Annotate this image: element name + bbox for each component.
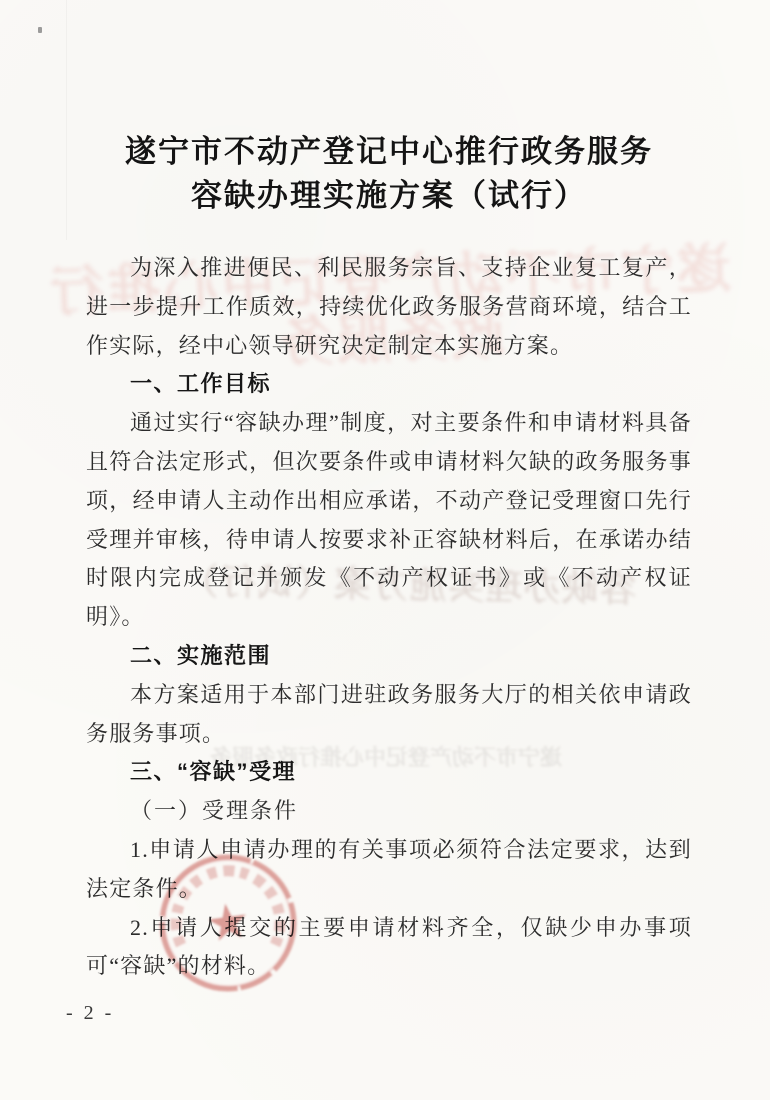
heading-5: 三、“容缺”受理	[86, 753, 692, 792]
subheading-6: （一）受理条件	[86, 792, 692, 831]
document-title-line2: 容缺办理实施方案（试行）	[86, 174, 692, 218]
paragraph-4: 本方案适用于本部门进驻政务服务大厅的相关依申请政务服务事项。	[86, 676, 692, 754]
paper-crease	[66, 0, 67, 240]
page-number: - 2 -	[66, 1002, 114, 1025]
heading-3: 二、实施范围	[86, 637, 692, 676]
heading-1: 一、工作目标	[86, 365, 692, 404]
item-8: 2.申请人提交的主要申请材料齐全，仅缺少申办事项可“容缺”的材料。	[86, 909, 692, 987]
document-body: 为深入推进便民、利民服务宗旨、支持企业复工复产，进一步提升工作质效，持续优化政务…	[86, 249, 692, 986]
scan-speck	[38, 27, 42, 33]
item-7: 1.申请人申请办理的有关事项必须符合法定要求，达到法定条件。	[86, 831, 692, 909]
document-title: 遂宁市不动产登记中心推行政务服务 容缺办理实施方案（试行）	[86, 130, 692, 218]
document-title-line1: 遂宁市不动产登记中心推行政务服务	[86, 130, 692, 174]
paragraph-2: 通过实行“容缺办理”制度，对主要条件和申请材料具备且符合法定形式，但次要条件或申…	[86, 404, 692, 637]
scanned-document-page: 遂宁市不动产登记中心推行政务服务 容缺办理实施方案（试行） 遂宁市不动产登记中心…	[0, 0, 770, 1100]
paragraph-0: 为深入推进便民、利民服务宗旨、支持企业复工复产，进一步提升工作质效，持续优化政务…	[86, 249, 692, 365]
